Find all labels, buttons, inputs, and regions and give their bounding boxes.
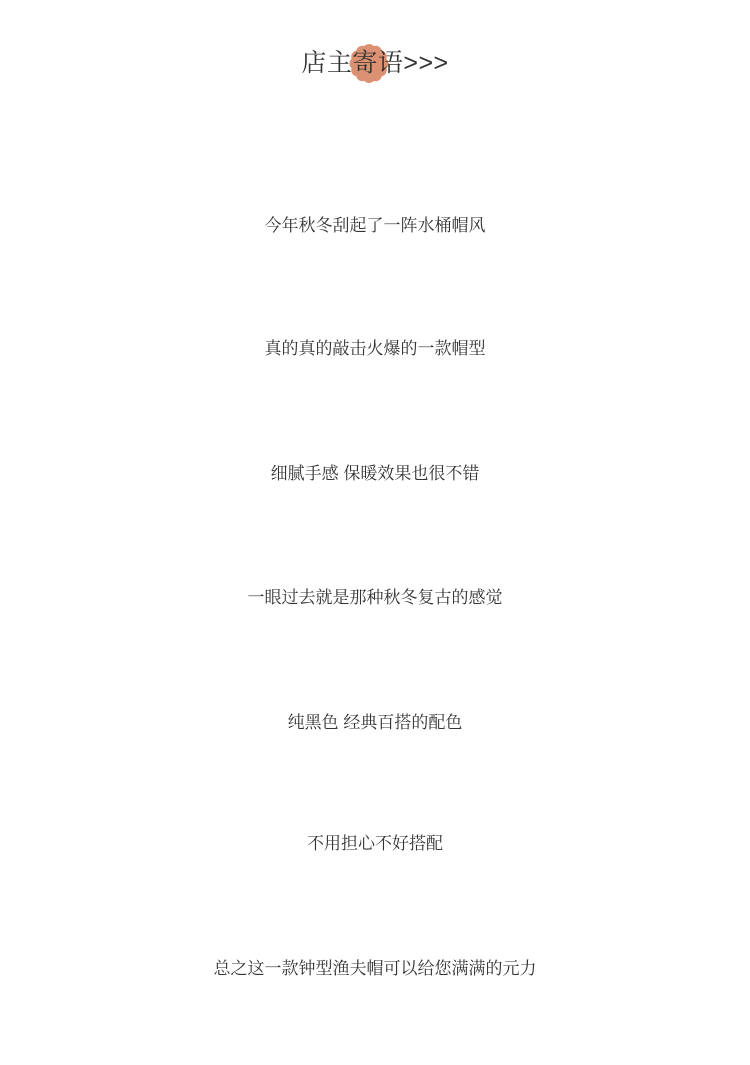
product-description-page: 店主寄语>>> 今年秋冬刮起了一阵水桶帽风真的真的敲击火爆的一款帽型细腻手感 保… xyxy=(0,0,750,1065)
message-line: 一眼过去就是那种秋冬复古的感觉 xyxy=(0,586,750,610)
message-line: 不用担心不好搭配 xyxy=(0,832,750,856)
message-line: 细腻手感 保暖效果也很不错 xyxy=(0,462,750,486)
message-line: 真的真的敲击火爆的一款帽型 xyxy=(0,337,750,361)
message-line: 今年秋冬刮起了一阵水桶帽风 xyxy=(0,214,750,238)
message-line: 纯黑色 经典百搭的配色 xyxy=(0,711,750,735)
page-title-row: 店主寄语>>> xyxy=(0,45,750,81)
message-line: 总之这一款钟型渔夫帽可以给您满满的元力 xyxy=(0,957,750,981)
page-title: 店主寄语>>> xyxy=(301,49,448,77)
